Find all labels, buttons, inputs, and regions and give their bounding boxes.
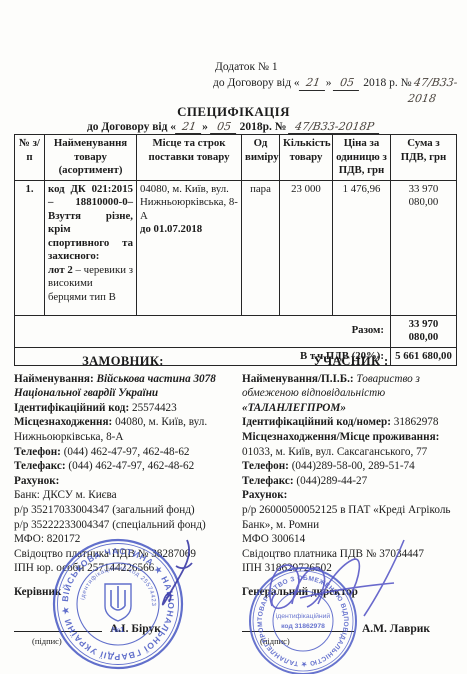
document-page: Додаток № 1 до Договору від «21» 05 2018…	[0, 0, 467, 674]
customer-name: Найменування: Військова частина 3078 Нац…	[14, 372, 232, 401]
customer-role: Керівник	[14, 585, 232, 600]
col-header-product: Найменування товару (асортимент)	[45, 135, 137, 181]
cell-sum: 33 970 080,00	[391, 180, 457, 315]
col-header-quantity: Кількість товару	[280, 135, 333, 181]
customer-signature-block: Керівник А.І. Бірук (підпис)	[14, 585, 232, 646]
handwritten-day: 21	[299, 75, 327, 91]
handwritten-month: 05	[333, 75, 361, 91]
participant-address: Місцезнаходження/Місце проживання: 01033…	[242, 430, 460, 459]
participant-name: Найменування/П.І.Б.: Товариство з обмеже…	[242, 372, 460, 416]
cell-place: 04080, м. Київ, вул. Нижньоюрківська, 8-…	[137, 180, 242, 315]
table-row: 1. код ДК 021:2015 – 18810000-0– Взуття …	[15, 180, 457, 315]
specification-table: № з/п Найменування товару (асортимент) М…	[14, 134, 457, 366]
signature-line	[242, 630, 354, 632]
handwritten-number: 47/В33-	[413, 75, 459, 90]
signature-line	[14, 630, 102, 632]
customer-signature-row: А.І. Бірук	[14, 622, 232, 637]
participant-role: Генеральний директор	[242, 585, 460, 600]
customer-account-2: р/р 35222233004347 (спеціальний фонд)	[14, 518, 232, 533]
cell-num: 1.	[15, 180, 45, 315]
customer-bank: Банк: ДКСУ м. Києва	[14, 488, 232, 503]
handwritten-number-2: 47/В33-2018Р	[288, 120, 381, 134]
participant-signature-caption: (підпис)	[260, 636, 460, 646]
contract-line: до Договору від «21» 05 2018 р. № 47/В33…	[213, 75, 463, 91]
cell-quantity: 23 000	[280, 180, 333, 315]
header-block: Додаток № 1 до Договору від «21» 05 2018…	[213, 60, 463, 91]
participant-ipn: ІПН 318629726502	[242, 561, 460, 576]
cell-price: 1 476,96	[333, 180, 391, 315]
customer-signature-caption: (підпис)	[32, 636, 232, 646]
col-header-price: Ціна за одиницю з ПДВ, грн	[333, 135, 391, 181]
participant-account-1: р/р 26000500052125 в ПАТ «Креді Агріколь…	[242, 503, 460, 532]
subtitle-line: до Договору від «21» 05 2018р. № 47/В33-…	[0, 120, 467, 134]
parties-section: ЗАМОВНИК: Найменування: Військова частин…	[14, 354, 460, 646]
participant-signer-name: А.М. Лаврик	[362, 623, 430, 635]
cell-product: код ДК 021:2015 – 18810000-0– Взуття різ…	[45, 180, 137, 315]
participant-signature-block: Генеральний директор А.М. Лаврик (підпис…	[242, 585, 460, 646]
annex-line: Додаток № 1	[215, 60, 463, 75]
handwritten-month-2: 05	[210, 120, 238, 134]
col-header-num: № з/п	[15, 135, 45, 181]
customer-id: Ідентифікаційний код: 25574423	[14, 401, 232, 416]
table-header-row: № з/п Найменування товару (асортимент) М…	[15, 135, 457, 181]
participant-phone: Телефон: (044)289-58-00, 289-51-74	[242, 459, 460, 474]
participant-heading: УЧАСНИК :	[242, 354, 460, 369]
participant-id: Ідентифікаційний код/номер: 31862978	[242, 415, 460, 430]
participant-account-label: Рахунок:	[242, 488, 460, 503]
customer-vat-cert: Свідоцтво платника ПДВ № 38287069	[14, 547, 232, 562]
total-value: 33 970 080,00	[391, 315, 457, 347]
customer-heading: ЗАМОВНИК:	[14, 354, 232, 369]
participant-signature-row: А.М. Лаврик	[242, 622, 460, 637]
col-header-sum: Сума з ПДВ, грн	[391, 135, 457, 181]
handwritten-day-2: 21	[175, 120, 203, 134]
customer-mfo: МФО: 820172	[14, 532, 232, 547]
customer-fax: Телефакс: (044) 462-47-97, 462-48-62	[14, 459, 232, 474]
col-header-unit: Од виміру	[242, 135, 280, 181]
customer-column: ЗАМОВНИК: Найменування: Військова частин…	[14, 354, 232, 646]
customer-signer-name: А.І. Бірук	[110, 623, 161, 635]
customer-address: Місцезнаходження: 04080, м. Київ, вул. Н…	[14, 415, 232, 444]
participant-mfo: МФО 300614	[242, 532, 460, 547]
customer-phone: Телефон: (044) 462-47-97, 462-48-62	[14, 445, 232, 460]
customer-account-1: р/р 35217033004347 (загальний фонд)	[14, 503, 232, 518]
participant-column: УЧАСНИК : Найменування/П.І.Б.: Товариств…	[242, 354, 460, 646]
participant-vat-cert: Свідоцтво платника ПДВ № 37034447	[242, 547, 460, 562]
total-row: Разом: 33 970 080,00	[15, 315, 457, 347]
customer-account-label: Рахунок:	[14, 474, 232, 489]
customer-ipn: ІПН юр. особи 257144226566	[14, 561, 232, 576]
col-header-place: Місце та строк поставки товару	[137, 135, 242, 181]
total-label: Разом:	[15, 315, 391, 347]
participant-fax: Телефакс: (044)289-44-27	[242, 474, 460, 489]
page-title: СПЕЦИФІКАЦІЯ	[0, 104, 467, 120]
delivery-deadline: до 01.07.2018	[140, 223, 238, 237]
cell-unit: пара	[242, 180, 280, 315]
